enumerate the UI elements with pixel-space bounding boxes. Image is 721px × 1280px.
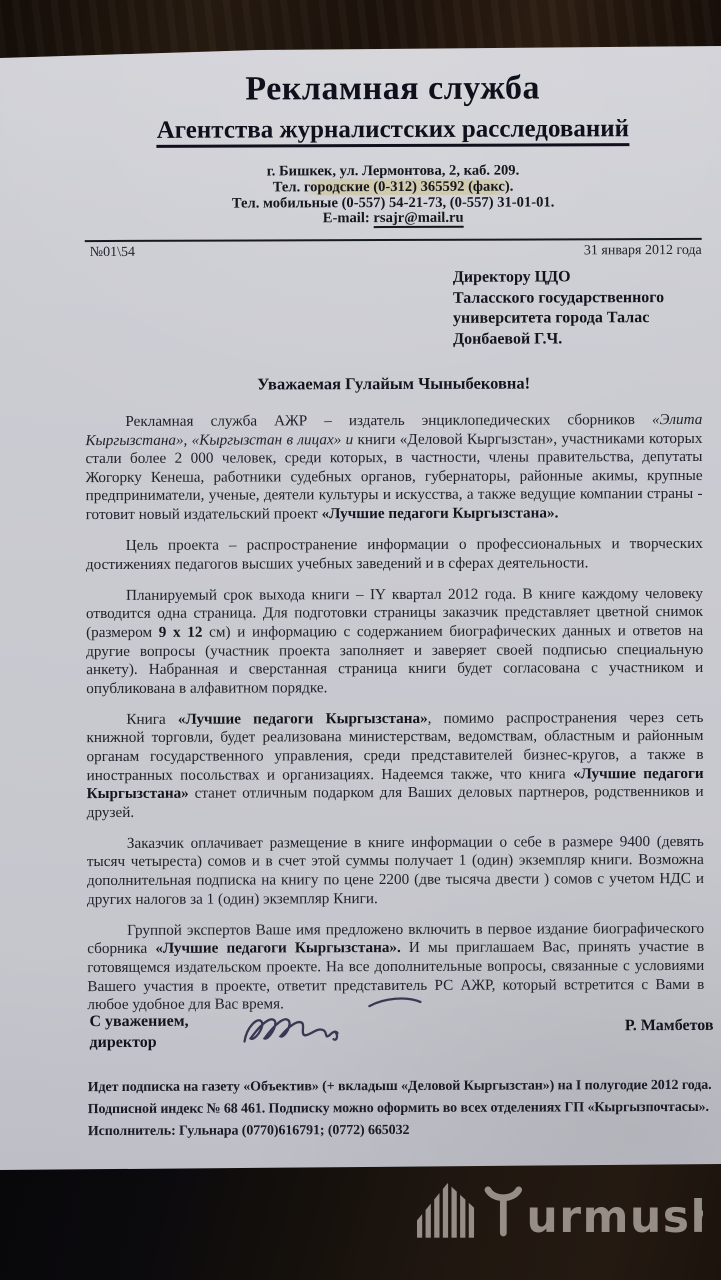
signatory-name: Р. Мамбетов — [625, 1017, 714, 1035]
letter-document: Рекламная служба Агентства журналистских… — [0, 40, 721, 1170]
recipient-line: Директору ЦДО — [453, 267, 664, 288]
text-run: «Лучшие педагоги Кыргызстана» — [178, 710, 428, 728]
reference-number: №01\54 — [85, 245, 135, 261]
header-divider — [85, 238, 702, 242]
letterhead-email-line: E-mail: rsajr@mail.ru — [85, 210, 702, 228]
recipient-line: университета города Талас — [453, 308, 664, 329]
turmush-watermark-logo: urmush — [415, 1178, 703, 1242]
recipient-line: Донбаевой Г.Ч. — [453, 329, 664, 350]
turmush-house-icon — [417, 1182, 474, 1238]
text-run: Цель проекта – распространение информаци… — [86, 535, 703, 573]
recipient-block: Директору ЦДО Таласского государственног… — [453, 267, 665, 350]
email-label: E-mail: — [323, 210, 374, 226]
text-run: «Лучшие педагоги Кыргызстана». — [322, 504, 559, 522]
body-paragraph: Заказчик оплачивает размещение в книге и… — [87, 833, 704, 910]
executor-line: Исполнитель: Гульнара (0770)616791; (077… — [88, 1119, 721, 1143]
letterhead-title: Рекламная служба — [84, 69, 701, 109]
text-run: Книга — [126, 711, 178, 728]
body-paragraph: Цель проекта – распространение информаци… — [86, 535, 703, 574]
salutation: Уважаемая Гулайым Чыныбековна! — [85, 373, 702, 395]
text-run: Тел. — [273, 179, 304, 195]
signoff-title: директор — [89, 1032, 188, 1053]
subscription-line: Подписной индекс № 68 461. Подписку можн… — [88, 1097, 721, 1121]
text-run: Заказчик оплачивает размещение в книге и… — [87, 833, 704, 908]
body-paragraph: Книга «Лучшие педагоги Кыргызстана», пом… — [86, 709, 703, 823]
signoff-line: С уважением, — [89, 1011, 188, 1032]
letterhead-subtitle-text: Агентства журналистских расследований — [157, 115, 629, 148]
letter-date: 31 января 2012 года — [584, 243, 702, 259]
text-run: 9 х 12 — [159, 624, 203, 641]
subscription-note: Идет подписка на газету «Объектив» (+ вк… — [88, 1075, 721, 1143]
handwritten-signature — [216, 985, 456, 1066]
body-paragraph: Рекламная служба АЖР – издатель энциклоп… — [85, 411, 702, 525]
highlighted-phone-number: городские (0-312) 365592 (факс). — [304, 178, 514, 195]
letter-body: Рекламная служба АЖР – издатель энциклоп… — [85, 411, 704, 1027]
signoff-block: С уважением, директор — [89, 1011, 188, 1053]
letterhead-subtitle: Агентства журналистских расследований — [84, 115, 701, 145]
email-address: rsajr@mail.ru — [373, 210, 463, 228]
subscription-line: Идет подписка на газету «Объектив» (+ вк… — [88, 1075, 721, 1099]
turmush-wordmark: urmush — [526, 1192, 703, 1242]
table-surface-bottom: urmush — [0, 1162, 721, 1280]
photo-scene: urmush Рекламная служба Агентства журнал… — [0, 0, 721, 1280]
meta-row: №01\54 31 января 2012 года — [85, 243, 702, 261]
text-run: Рекламная служба АЖР – издатель энциклоп… — [125, 411, 652, 430]
recipient-line: Таласского государственного — [453, 288, 664, 309]
letterhead-contacts: г. Бишкек, ул. Лермонтова, 2, каб. 209. … — [84, 163, 701, 228]
turmush-t-glyph — [488, 1190, 519, 1233]
body-paragraph: Планируемый срок выхода книги – IY кварт… — [86, 585, 703, 699]
text-run: «Лучшие педагоги Кыргызстана». — [155, 939, 401, 957]
